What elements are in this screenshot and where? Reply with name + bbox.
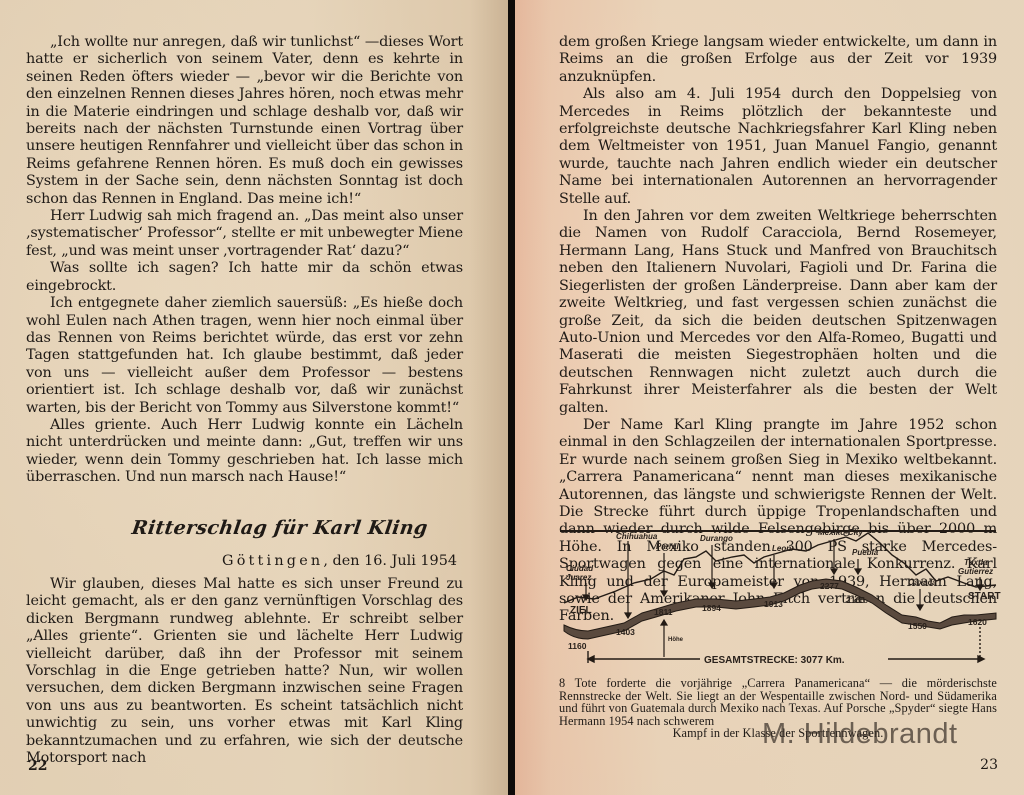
- svg-text:Mexiko-City: Mexiko-City: [818, 528, 863, 537]
- svg-text:Gutierrez: Gutierrez: [958, 567, 993, 576]
- left-page-top-text: „Ich wollte nur anregen, daß wir tunlich…: [26, 34, 463, 487]
- svg-text:Tuxtla: Tuxtla: [964, 558, 988, 567]
- paragraph: Als also am 4. Juli 1954 durch den Doppe…: [559, 86, 997, 208]
- page-number-right: 23: [980, 757, 998, 773]
- svg-text:2165: 2165: [846, 595, 865, 605]
- race-elevation-profile-figure: Ciudad Juarez Chihuahua Parral Durango L…: [556, 527, 1002, 667]
- svg-text:START: START: [968, 591, 1001, 602]
- paragraph: dem großen Kriege langsam wieder entwick…: [559, 34, 997, 86]
- book-spread: „Ich wollte nur anregen, daß wir tunlich…: [0, 0, 1024, 795]
- left-page-bottom-text: Wir glauben, dieses Mal hatte es sich un…: [26, 576, 463, 767]
- svg-text:2277: 2277: [820, 581, 839, 591]
- svg-text:ZIEL: ZIEL: [570, 605, 592, 616]
- svg-text:Durango: Durango: [700, 534, 733, 543]
- svg-text:1811: 1811: [654, 607, 673, 617]
- paragraph: Herr Ludwig sah mich fragend an. „Das me…: [26, 208, 463, 260]
- svg-text:Juarez: Juarez: [566, 573, 591, 582]
- chapter-title: Ritterschlag für Karl Kling: [130, 517, 429, 539]
- svg-text:1160: 1160: [568, 641, 587, 651]
- paragraph: Wir glauben, dieses Mal hatte es sich un…: [26, 576, 463, 767]
- svg-text:Ciudad: Ciudad: [566, 564, 594, 573]
- paragraph: In den Jahren vor dem zweiten Weltkriege…: [559, 208, 997, 417]
- svg-text:Puebla: Puebla: [852, 548, 879, 557]
- elevation-profile-graphic: Ciudad Juarez Chihuahua Parral Durango L…: [556, 527, 1002, 667]
- paragraph: „Ich wollte nur anregen, daß wir tunlich…: [26, 34, 463, 208]
- svg-text:1550: 1550: [908, 621, 927, 631]
- svg-text:Chihuahua: Chihuahua: [616, 532, 658, 541]
- svg-text:Höhe: Höhe: [668, 637, 684, 643]
- paragraph: Alles griente. Auch Herr Ludwig konnte e…: [26, 417, 463, 487]
- dateline-date: , den 16. Juli 1954: [323, 553, 457, 569]
- paragraph: Was sollte ich sagen? Ich hatte mir da s…: [26, 260, 463, 295]
- svg-text:1894: 1894: [702, 603, 721, 613]
- dateline-place: Göttingen: [222, 553, 323, 569]
- svg-text:1913: 1913: [764, 599, 783, 609]
- svg-text:GESAMTSTRECKE: 3077 Km.: GESAMTSTRECKE: 3077 Km.: [704, 655, 845, 666]
- svg-text:Oaxaca: Oaxaca: [908, 578, 937, 587]
- dateline: Göttingen, den 16. Juli 1954: [222, 553, 457, 569]
- svg-text:Leon: Leon: [772, 544, 791, 553]
- left-page: „Ich wollte nur anregen, daß wir tunlich…: [0, 0, 510, 795]
- svg-text:1620: 1620: [968, 617, 987, 627]
- right-page: dem großen Kriege langsam wieder entwick…: [510, 0, 1024, 795]
- book-gutter: [508, 0, 515, 795]
- svg-text:1403: 1403: [616, 627, 635, 637]
- page-number-left: 22: [28, 758, 47, 774]
- watermark: M. Hildebrandt: [762, 718, 958, 751]
- paragraph: Ich entgegnete daher ziemlich sauersüß: …: [26, 295, 463, 417]
- svg-text:Parral: Parral: [656, 542, 679, 551]
